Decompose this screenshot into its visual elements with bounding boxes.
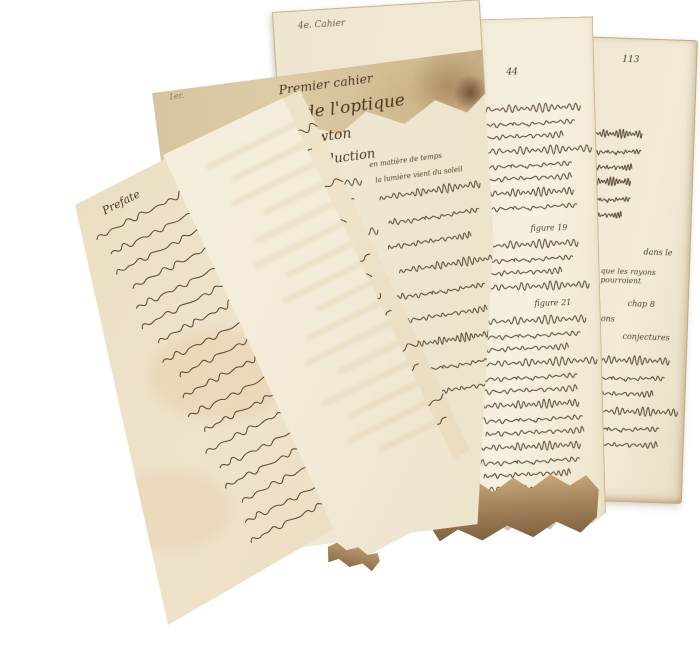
corner-mark: 1er.	[168, 91, 184, 102]
handwriting-line	[474, 344, 580, 355]
handwriting-line	[399, 254, 503, 276]
figure-annotation: figure 19	[530, 223, 567, 234]
cahier-label: 4e. Cahier	[298, 19, 346, 32]
photograph-of-manuscripts: 113 dans le que les rayons pourroient ch…	[0, 0, 700, 657]
handwriting-line	[396, 280, 495, 301]
handwriting-line	[475, 456, 591, 467]
page-number: 113	[622, 55, 640, 66]
paper-discoloration	[110, 470, 230, 550]
handwriting-line	[476, 413, 594, 424]
handwriting-fragment: chap 8	[628, 299, 655, 310]
handwriting-line	[476, 145, 594, 156]
handwriting-line	[479, 442, 583, 453]
handwriting-line	[473, 386, 590, 397]
handwriting-line	[486, 427, 596, 438]
handwriting-line	[477, 329, 592, 340]
figure-annotation: figure 21	[534, 298, 571, 309]
handwriting-line	[481, 400, 581, 411]
page-number: 44	[506, 67, 518, 77]
handwriting-line	[395, 305, 498, 326]
handwriting-line	[472, 118, 587, 129]
handwriting-line	[388, 205, 489, 226]
handwriting-fragment: dans le	[643, 248, 672, 259]
handwriting-fragment: conjectures	[622, 332, 670, 344]
handwriting-line	[480, 281, 592, 292]
handwriting-fragment: que les rayons pourroient	[600, 266, 697, 288]
handwriting-line	[379, 181, 483, 203]
handwriting-line	[484, 470, 581, 481]
handwriting-line	[388, 231, 482, 251]
handwriting-line	[476, 372, 588, 383]
handwriting-line	[482, 357, 600, 368]
